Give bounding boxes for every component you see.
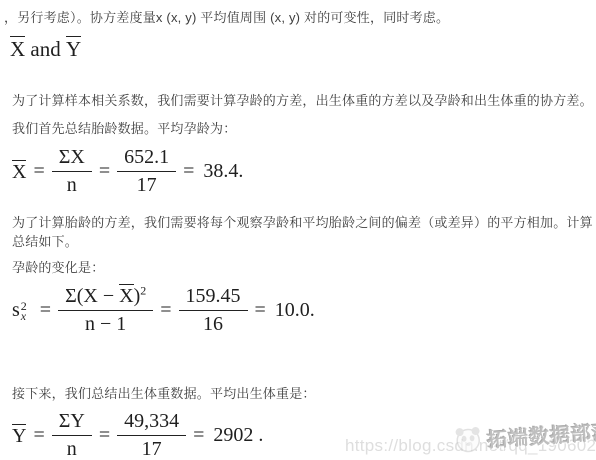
s-squared-x-symbol: s 2 x	[12, 299, 27, 322]
sup-sub-stack: 2 x	[21, 299, 27, 321]
superscript-2: 2	[140, 283, 146, 297]
equals-sign: =	[33, 424, 44, 447]
panda-logo-icon	[451, 422, 485, 456]
equals-sign: =	[183, 160, 194, 183]
s-base: s	[12, 299, 20, 322]
watermark-brand-text: 拓端数据部落	[486, 415, 596, 453]
formula-mean-x: X = ΣX n = 652.1 17 = 38.4.	[12, 146, 243, 197]
equals-sign: =	[99, 424, 110, 447]
x-bar-symbol: X	[10, 36, 25, 60]
fraction-numerator: 652.1	[117, 146, 176, 172]
formula-variance-x: s 2 x = Σ(X − X)2 n − 1 = 159.45 16 = 10…	[12, 284, 315, 336]
fraction-49334-over-17: 49,334 17	[117, 410, 186, 460]
fraction-numerator: ΣY	[52, 410, 92, 436]
numerator-prefix: Σ(X −	[65, 285, 119, 307]
equals-sign: =	[40, 299, 51, 322]
fraction-denominator: n − 1	[85, 311, 126, 336]
fraction-sigma-x-over-n: ΣX n	[52, 146, 92, 197]
fraction-denominator: 16	[203, 311, 223, 336]
xy-heading: X and Y	[10, 36, 81, 62]
equals-sign: =	[160, 299, 171, 322]
fraction-numerator: ΣX	[52, 146, 92, 172]
fraction-159-over-16: 159.45 16	[179, 285, 248, 336]
fraction-numerator: 159.45	[179, 285, 248, 311]
fraction-sigma-y-over-n: ΣY n	[52, 410, 92, 460]
formula-result: 38.4.	[203, 160, 243, 183]
y-bar-symbol: Y	[12, 424, 26, 447]
paragraph-variance-label: 孕龄的变化是：	[12, 257, 104, 276]
paragraph-variance-explanation: 为了计算胎龄的方差，我们需要将每个观察孕龄和平均胎龄之间的偏差（或差异）的平方相…	[12, 212, 596, 250]
fraction-denominator: n	[67, 436, 77, 460]
fraction-numerator: 49,334	[117, 410, 186, 436]
equals-sign: =	[99, 160, 110, 183]
y-bar-symbol: Y	[66, 36, 81, 60]
fraction-sum-squared-deviations: Σ(X − X)2 n − 1	[58, 284, 153, 336]
formula-mean-y: Y = ΣY n = 49,334 17 = 2902 .	[12, 410, 263, 460]
formula-result: 10.0.	[275, 299, 315, 322]
fraction-denominator: 17	[137, 172, 157, 197]
paragraph-birthweight-summary: 接下来，我们总结出生体重数据。平均出生体重是：	[12, 383, 316, 402]
fraction-denominator: n	[67, 172, 77, 197]
equals-sign: =	[33, 160, 44, 183]
fraction-numerator: Σ(X − X)2	[58, 284, 153, 311]
x-bar-symbol: X	[119, 284, 133, 307]
equals-sign: =	[193, 424, 204, 447]
subscript-x: x	[21, 311, 27, 321]
formula-result: 2902 .	[213, 424, 263, 447]
fraction-652-over-17: 652.1 17	[117, 146, 176, 197]
paragraph-correlation-intro: 为了计算样本相关系数，我们需要计算孕龄的方差，出生体重的方差以及孕龄和出生体重的…	[12, 90, 593, 109]
fraction-denominator: 17	[142, 436, 162, 460]
intro-paragraph: ，另行考虑）。协方差度量x (x, y) 平均值周围 (x, y) 对的可变性，…	[4, 7, 449, 26]
heading-and-text: and	[25, 37, 66, 61]
x-bar-symbol: X	[12, 160, 26, 183]
paragraph-gestational-summary: 我们首先总结胎龄数据。平均孕龄为：	[12, 118, 236, 137]
equals-sign: =	[255, 299, 266, 322]
